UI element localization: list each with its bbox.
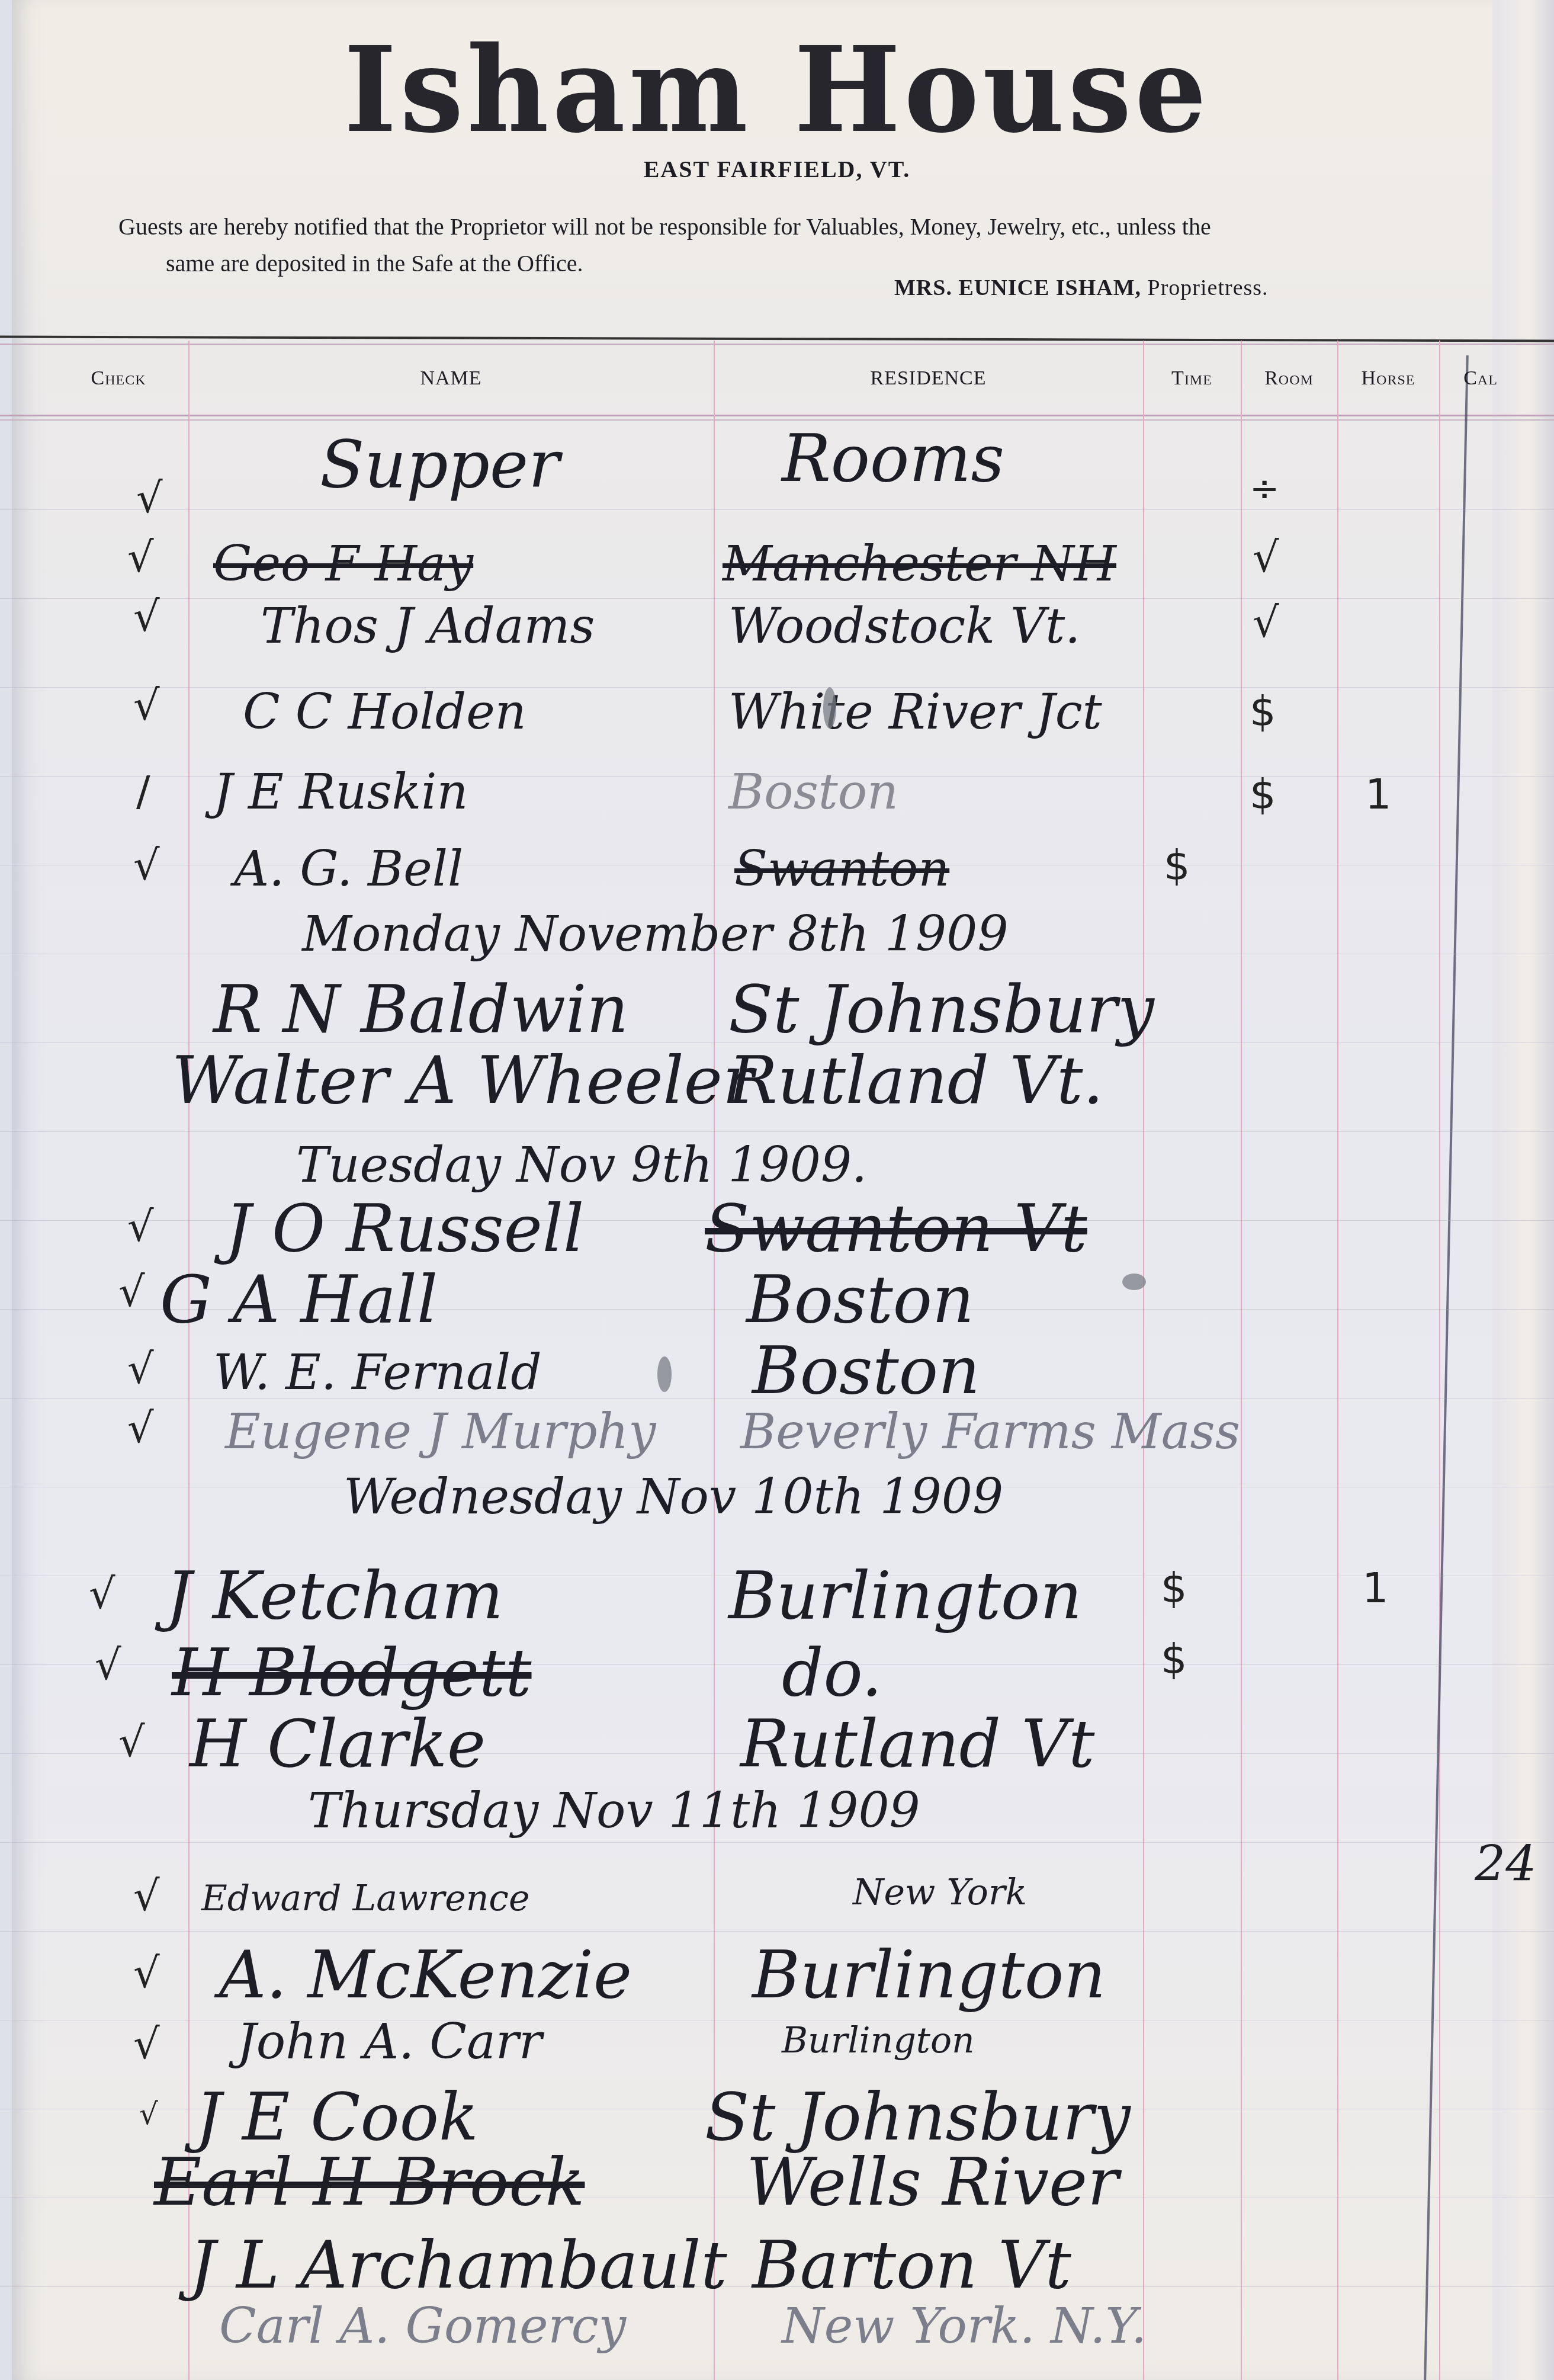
- guest-name: J Ketcham: [166, 1558, 503, 1634]
- guest-residence: Rutland Vt: [740, 1706, 1095, 1782]
- guest-name: J L Archambault: [190, 2227, 727, 2303]
- column-divider: [1439, 341, 1440, 2380]
- row-rule: [0, 2020, 1554, 2020]
- guest-name: H Clarke: [190, 1706, 486, 1782]
- guest-residence: Rutland Vt.: [728, 1043, 1103, 1118]
- guest-residence: Wells River: [746, 2144, 1119, 2220]
- row-rule: [0, 1131, 1554, 1132]
- guest-residence: New York: [853, 1872, 1027, 1913]
- guest-name: Supper: [320, 426, 560, 502]
- guest-residence: Boston: [746, 1262, 974, 1337]
- guest-residence: Boston: [752, 1333, 980, 1409]
- guest-name: R N Baldwin: [213, 971, 628, 1047]
- check-mark: √: [127, 1345, 154, 1393]
- time-mark: $: [1164, 841, 1190, 890]
- check-mark: √: [133, 841, 160, 890]
- proprietress: MRS. EUNICE ISHAM, Proprietress.: [894, 275, 1269, 301]
- guest-residence: Boston: [728, 764, 898, 820]
- guest-name: C C Holden: [243, 684, 526, 740]
- column-divider: [188, 341, 190, 2380]
- guest-residence: New York. N.Y.: [782, 2298, 1147, 2355]
- room-mark: √: [1253, 598, 1279, 647]
- column-header-rule-2: [0, 419, 1554, 421]
- check-mark: √: [95, 1641, 121, 1689]
- check-mark: √: [89, 1570, 115, 1618]
- time-mark: $: [1161, 1635, 1187, 1683]
- guest-residence: Rooms: [782, 421, 1004, 496]
- room-mark: $: [1250, 770, 1276, 819]
- ink-blot: [657, 1356, 672, 1392]
- guest-residence: Burlington: [752, 1937, 1106, 2013]
- guest-name: J E Cook: [195, 2079, 479, 2155]
- check-mark: /: [136, 767, 150, 816]
- column-header-residence: RESIDENCE: [714, 367, 1143, 390]
- horse-mark: 1: [1365, 770, 1392, 819]
- column-header-room: Room: [1241, 367, 1337, 390]
- guest-residence: Beverly Farms Mass: [740, 1404, 1240, 1460]
- guest-name: Earl H Brock: [154, 2144, 585, 2220]
- guest-name: John A. Carr: [237, 2014, 542, 2070]
- guest-name: Edward Lawrence: [201, 1878, 529, 1919]
- guest-name: Geo F Hay: [213, 536, 473, 592]
- header-rule-2: [0, 344, 1554, 345]
- column-header-rule: [0, 415, 1554, 416]
- guest-name: A. G. Bell: [234, 841, 463, 897]
- check-mark: √: [127, 1404, 154, 1452]
- horse-mark: 1: [1362, 1564, 1389, 1612]
- column-header-check: Check: [71, 367, 166, 390]
- proprietress-name: MRS. EUNICE ISHAM,: [894, 275, 1141, 300]
- column-divider: [1143, 341, 1144, 2380]
- guest-name: J O Russell: [225, 1191, 584, 1266]
- safe-notice: Guests are hereby notified that the Prop…: [118, 209, 1445, 282]
- date-heading-wednesday: Wednesday Nov 10th 1909: [343, 1469, 1003, 1525]
- ink-blot: [1122, 1274, 1146, 1290]
- guest-name: Eugene J Murphy: [225, 1404, 656, 1460]
- column-header-cal: Cal: [1457, 367, 1504, 390]
- guest-name: J E Ruskin: [213, 764, 468, 820]
- guest-residence: Burlington: [782, 2020, 975, 2061]
- guest-name: W. E. Fernald: [213, 1345, 542, 1401]
- page-edge: [1492, 0, 1554, 2380]
- guest-name: G A Hall: [160, 1262, 438, 1337]
- check-mark: √: [136, 474, 163, 522]
- guest-residence: Woodstock Vt.: [728, 598, 1080, 655]
- room-mark: √: [1253, 533, 1279, 582]
- row-rule: [0, 1842, 1554, 1843]
- column-header-time: Time: [1143, 367, 1241, 390]
- row-rule: [0, 509, 1554, 510]
- hotel-location: EAST FAIRFIELD, VT.: [0, 155, 1554, 183]
- check-mark: √: [127, 533, 154, 582]
- row-rule: [0, 1931, 1554, 1932]
- guest-residence: St Johnsbury: [728, 971, 1154, 1047]
- column-header-horse: Horse: [1337, 367, 1439, 390]
- date-heading-monday: Monday November 8th 1909: [302, 906, 1009, 963]
- guest-residence: Swanton Vt: [705, 1191, 1087, 1266]
- margin-note: 24: [1475, 1836, 1536, 1893]
- room-note: ÷: [1250, 468, 1279, 509]
- column-header-name: NAME: [188, 367, 714, 390]
- guest-name: H Blodgett: [172, 1635, 531, 1711]
- guest-name: Carl A. Gomercy: [219, 2298, 626, 2355]
- guest-residence: Swanton: [734, 841, 949, 897]
- check-mark: √: [127, 1202, 154, 1251]
- check-mark: √: [133, 2020, 160, 2068]
- room-mark: $: [1250, 687, 1276, 736]
- proprietress-title: Proprietress.: [1148, 275, 1269, 300]
- guest-residence: do.: [782, 1635, 882, 1711]
- check-mark: √: [118, 1718, 145, 1766]
- check-mark: √: [133, 1872, 160, 1920]
- date-heading-thursday: Thursday Nov 11th 1909: [308, 1783, 920, 1839]
- guest-residence: Barton Vt: [752, 2227, 1071, 2303]
- notice-line-1: Guests are hereby notified that the Prop…: [118, 213, 1211, 240]
- check-mark: √: [118, 1268, 145, 1316]
- column-divider: [714, 341, 715, 2380]
- guest-name: A. McKenzie: [219, 1937, 632, 2013]
- check-mark: √: [133, 681, 160, 730]
- guest-residence: Manchester NH: [723, 536, 1116, 592]
- check-mark: √: [133, 1949, 160, 1997]
- guest-residence: Burlington: [728, 1558, 1082, 1634]
- check-mark: √: [133, 592, 160, 641]
- hotel-title: Isham House: [0, 20, 1554, 159]
- guest-name: Thos J Adams: [261, 598, 595, 655]
- guest-residence: White River Jct: [728, 684, 1102, 740]
- check-mark: √: [139, 2097, 158, 2131]
- column-divider: [1241, 341, 1242, 2380]
- ink-blot: [823, 687, 836, 729]
- time-mark: $: [1161, 1564, 1187, 1612]
- guest-residence: St Johnsbury: [705, 2079, 1131, 2155]
- guest-name: Walter A Wheeler: [172, 1043, 753, 1118]
- column-divider: [1337, 341, 1338, 2380]
- date-heading-tuesday: Tuesday Nov 9th 1909.: [296, 1137, 867, 1194]
